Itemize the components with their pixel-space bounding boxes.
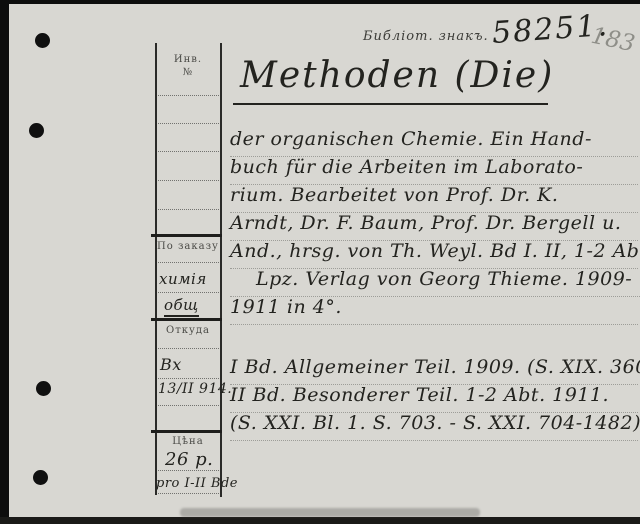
punch-hole (33, 470, 48, 485)
column-dotted-rule (158, 95, 219, 96)
column-dotted-rule (158, 348, 219, 349)
scan-edge-left (0, 0, 9, 524)
pencil-annotation: 183 (589, 23, 637, 58)
price-volumes-note: pro I-II Bde (156, 476, 238, 491)
scan-smudge (180, 508, 480, 517)
order-label: По заказу (157, 241, 219, 252)
column-left-rule (155, 43, 157, 495)
section-divider (151, 318, 222, 321)
inventory-number-sign: № (158, 67, 218, 78)
column-dotted-rule (158, 180, 219, 181)
holdings-line: I Bd. Allgemeiner Teil. 1909. (S. XIX. 3… (230, 356, 638, 385)
scan-edge-bottom (0, 517, 640, 524)
entry-line: rium. Bearbeitet von Prof. Dr. K. (230, 184, 638, 213)
column-dotted-rule (158, 493, 219, 494)
entry-line-imprint: Lpz. Verlag von Georg Thieme. 1909- (230, 268, 640, 297)
column-dotted-rule (158, 292, 219, 293)
entry-line: Arndt, Dr. F. Baum, Prof. Dr. Bergell u. (230, 212, 638, 241)
title-underline (233, 103, 548, 105)
card-title: Methoden (Die) (240, 55, 554, 96)
punch-hole (29, 123, 44, 138)
column-dotted-rule (158, 123, 219, 124)
entry-line-imprint-2: 1911 in 4°. (230, 296, 638, 325)
column-dotted-rule (158, 378, 219, 379)
scan-edge-top (0, 0, 640, 4)
entry-line: buch für die Arbeiten im Laborato- (230, 156, 638, 185)
section-divider (151, 430, 222, 433)
price-label: Цѣна (158, 436, 218, 447)
column-dotted-rule (158, 470, 219, 471)
origin-label: Откуда (158, 325, 218, 336)
price-value: 26 р. (165, 449, 213, 470)
holdings-line: (S. XXI. Bl. 1. S. 703. - S. XXI. 704-14… (230, 412, 638, 441)
order-subject-value: химія (159, 270, 207, 288)
origin-entry-value: Вх (160, 355, 182, 374)
entry-line: der organischen Chemie. Ein Hand- (230, 128, 638, 157)
column-dotted-rule (158, 405, 219, 406)
section-divider (151, 234, 222, 237)
punch-hole (35, 33, 50, 48)
library-mark-label: Библіот. знакъ. (363, 29, 489, 44)
column-dotted-rule (158, 262, 219, 263)
holdings-line: II Bd. Besonderer Teil. 1-2 Abt. 1911. (230, 384, 638, 413)
column-dotted-rule (158, 209, 219, 210)
column-right-rule (220, 43, 222, 497)
order-subject-value-2: общ (164, 296, 199, 317)
catalog-card-scan: Библіот. знакъ. 58251. 183 Methoden (Die… (0, 0, 640, 524)
origin-date-value: 13/II 914. (158, 381, 232, 397)
punch-hole (36, 381, 51, 396)
entry-line: And., hrsg. von Th. Weyl. Bd I. II, 1-2 … (230, 240, 638, 269)
column-dotted-rule (158, 151, 219, 152)
inventory-label: Инв. (158, 54, 218, 65)
